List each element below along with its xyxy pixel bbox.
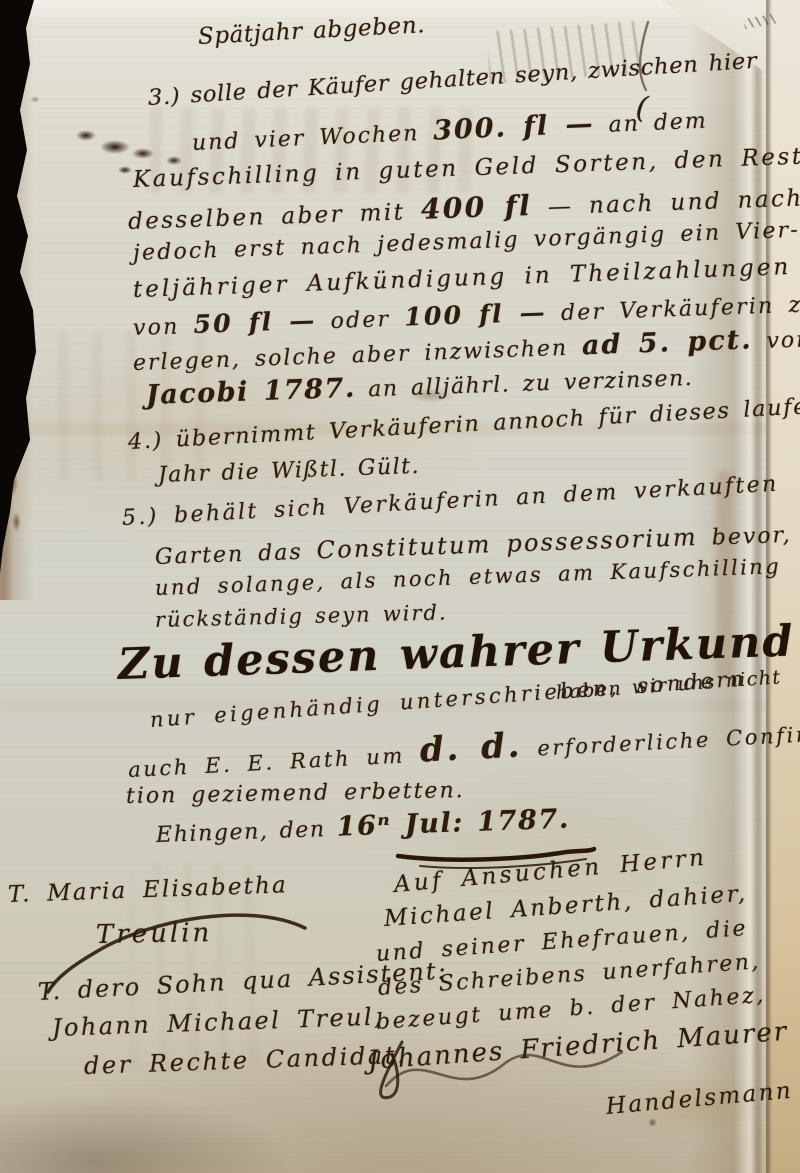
amount-100fl: 100 fl — xyxy=(404,298,547,332)
manuscript-line: 3.) solle der Käufer gehalten seyn, zwis… xyxy=(147,49,758,111)
amount-300fl: 300. fl — xyxy=(433,108,596,146)
manuscript-photo: Spätjahr abgeben. 3.) solle der Käufer g… xyxy=(0,0,800,1173)
signature-left: Johann Michael Treul, xyxy=(52,1002,385,1042)
amount-400fl: 400 fl xyxy=(420,189,532,226)
line-fragment: von xyxy=(752,327,800,354)
line-fragment: auch E. E. Rath um xyxy=(128,743,421,782)
date-jacobi-1787: Jacobi 1787. xyxy=(145,373,356,411)
torn-left-edge xyxy=(0,0,44,600)
paper-stain xyxy=(30,96,40,103)
line-fragment: an dem xyxy=(594,108,708,138)
ink-blot xyxy=(132,148,154,159)
line-fragment: oder xyxy=(316,307,405,335)
ink-blot xyxy=(118,166,132,174)
dd-flourish: d. d. xyxy=(419,725,523,770)
ink-blot xyxy=(76,130,96,141)
edge-stain xyxy=(6,468,18,496)
line-fragment: Garten das xyxy=(155,539,317,570)
document-date: 16ⁿ Jul: 1787. xyxy=(336,804,570,843)
dateline: Ehingen, den 16ⁿ Jul: 1787. xyxy=(155,804,570,849)
manuscript-line: tion geziemend erbetten. xyxy=(126,778,465,809)
signature-left: Treulin xyxy=(96,918,213,950)
interest-rate: ad 5. pct. xyxy=(581,324,753,361)
place-name: Ehingen, den xyxy=(156,817,338,848)
line-fragment: an alljährl. zu verzinsen. xyxy=(355,366,693,403)
line-fragment: desselben aber mit xyxy=(128,199,422,235)
manuscript-line: rückständig seyn wird. xyxy=(155,600,448,632)
ink-blot xyxy=(100,140,130,154)
paper-sheet: Spätjahr abgeben. 3.) solle der Käufer g… xyxy=(0,0,800,1173)
line-fragment: von xyxy=(133,314,194,341)
line-fragment: bevor, xyxy=(697,523,792,551)
edge-stain xyxy=(12,512,21,532)
ink-blot xyxy=(166,156,182,165)
amount-50fl: 50 fl — xyxy=(193,306,317,339)
paper-stain xyxy=(648,1118,657,1127)
underlying-page-edge xyxy=(766,0,800,1173)
